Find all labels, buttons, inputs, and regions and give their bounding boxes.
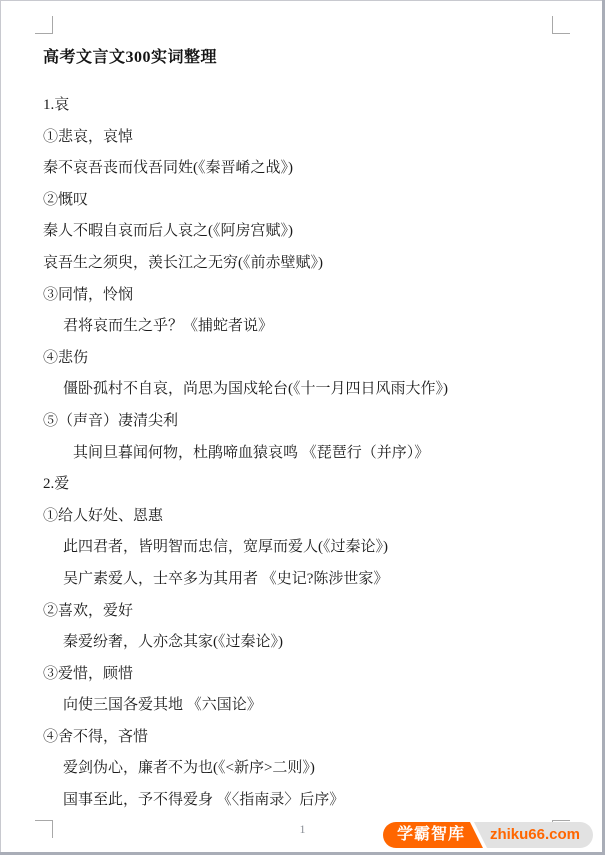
crop-mark-top-right: [552, 16, 570, 34]
text-lines: 1.哀①悲哀，哀悼秦不哀吾丧而伐吾同姓(《秦晋崤之战》)②慨叹秦人不暇自哀而后人…: [43, 90, 575, 817]
document-page: 高考文言文300实词整理 1.哀①悲哀，哀悼秦不哀吾丧而伐吾同姓(《秦晋崤之战》…: [0, 0, 605, 855]
text-line: ①给人好处、恩惠: [43, 501, 575, 533]
text-line: ②喜欢，爱好: [43, 596, 575, 628]
text-line: 2.爱: [43, 469, 575, 501]
text-line: ④悲伤: [43, 343, 575, 375]
text-line: ③同情，怜悯: [43, 280, 575, 312]
text-line: ②慨叹: [43, 185, 575, 217]
text-line: 向使三国各爱其地 《六国论》: [43, 690, 575, 722]
text-line: 秦爱纷奢，人亦念其家(《过秦论》): [43, 627, 575, 659]
text-line: 1.哀: [43, 90, 575, 122]
text-line: 爱剑伪心，廉者不为也(《<新序>二则》): [43, 753, 575, 785]
crop-mark-top-left: [35, 16, 53, 34]
watermark-brand-label: 学霸智库: [383, 822, 483, 848]
document-body: 高考文言文300实词整理 1.哀①悲哀，哀悼秦不哀吾丧而伐吾同姓(《秦晋崤之战》…: [43, 48, 575, 817]
text-line: 君将哀而生之乎？《捕蛇者说》: [43, 311, 575, 343]
text-line: 国事至此，予不得爱身 《〈指南录〉后序》: [43, 785, 575, 817]
text-line: ③爱惜，顾惜: [43, 659, 575, 691]
document-title: 高考文言文300实词整理: [43, 48, 575, 68]
text-line: 其间旦暮闻何物，杜鹃啼血猿哀鸣 《琵琶行（并序）》: [43, 438, 575, 470]
text-line: ④舍不得，吝惜: [43, 722, 575, 754]
watermark-domain-link[interactable]: zhiku66.com: [474, 822, 593, 848]
page-border-top: [0, 0, 605, 1]
page-border-left: [0, 0, 1, 855]
text-line: 秦人不暇自哀而后人哀之(《阿房宫赋》): [43, 216, 575, 248]
watermark-badge: 学霸智库 zhiku66.com: [383, 822, 593, 848]
text-line: 哀吾生之须臾，羡长江之无穷(《前赤壁赋》): [43, 248, 575, 280]
text-line: 秦不哀吾丧而伐吾同姓(《秦晋崤之战》): [43, 153, 575, 185]
text-line: 吴广素爱人，士卒多为其用者 《史记?陈涉世家》: [43, 564, 575, 596]
text-line: 此四君者，皆明智而忠信，宽厚而爱人(《过秦论》): [43, 532, 575, 564]
text-line: ⑤（声音）凄清尖利: [43, 406, 575, 438]
text-line: ①悲哀，哀悼: [43, 122, 575, 154]
text-line: 僵卧孤村不自哀，尚思为国戍轮台(《十一月四日风雨大作》): [43, 374, 575, 406]
